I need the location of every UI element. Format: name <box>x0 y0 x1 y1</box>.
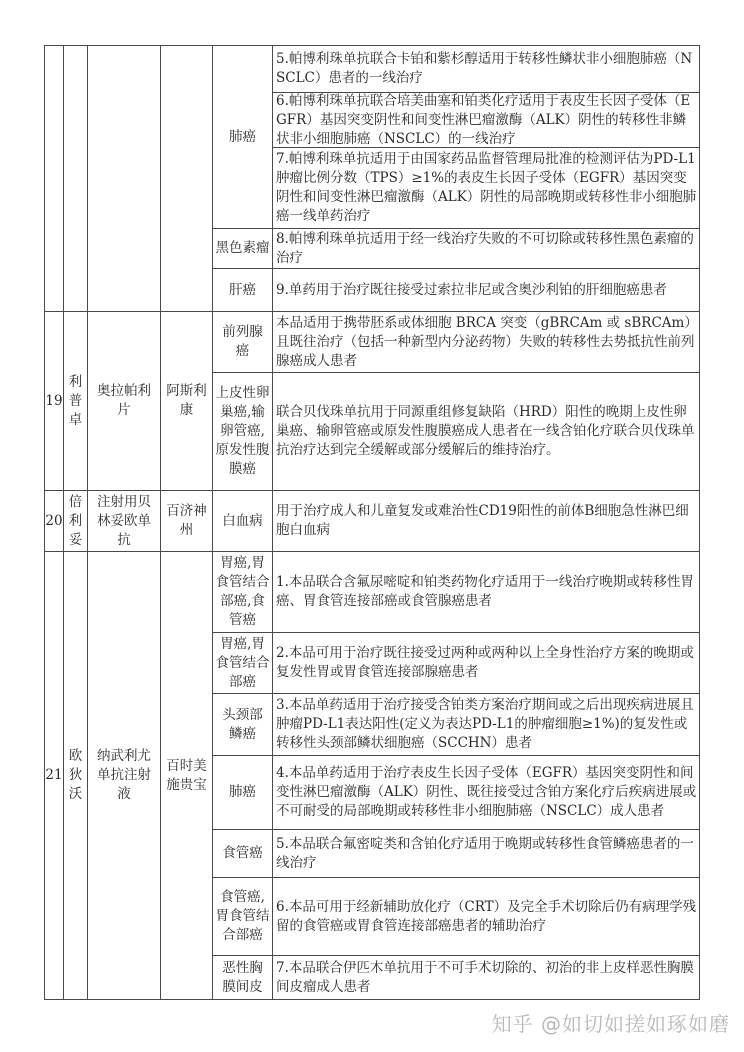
document-page: 肺癌 5.帕博利珠单抗联合卡铂和紫杉醇适用于转移性鳞状非小细胞肺癌（NSCLC）… <box>0 0 744 1052</box>
cell-no: 20 <box>44 490 64 552</box>
cell-indication: 本品适用于携带胚系或体细胞 BRCA 突变（gBRCAm 或 sBRCAm）且既… <box>272 311 700 373</box>
cell-disease: 胃癌,胃食管结合部癌 <box>212 632 273 694</box>
cell-disease: 头颈部鳞癌 <box>212 693 273 756</box>
cell-company: 百时美施贵宝 <box>160 551 213 1000</box>
cell-no: 19 <box>44 311 64 491</box>
cell-generic: 奥拉帕利片 <box>87 311 161 491</box>
cell-indication: 联合贝伐珠单抗用于同源重组修复缺陷（HRD）阳性的晚期上皮性卵巢癌、输卵管癌或原… <box>272 372 700 491</box>
cell-indication: 5.帕博利珠单抗联合卡铂和紫杉醇适用于转移性鳞状非小细胞肺癌（NSCLC）患者的… <box>272 45 700 93</box>
cell-indication: 6.本品可用于经新辅助放化疗（CRT）及完全手术切除后仍有病理学残留的食管癌或胃… <box>272 877 700 956</box>
cell-brand: 倍利妥 <box>63 490 88 552</box>
cell-indication: 7.帕博利珠单抗适用于由国家药品监督管理局批准的检测评估为PD-L1 肿瘤比例分… <box>272 147 700 229</box>
cell-disease: 肺癌 <box>212 755 273 830</box>
cell-indication: 1.本品联合含氟尿嘧啶和铂类药物化疗适用于一线治疗晚期或转移性胃癌、胃食管连接部… <box>272 551 700 633</box>
cell-indication: 7.本品联合伊匹木单抗用于不可手术切除的、初治的非上皮样恶性胸膜间皮瘤成人患者 <box>272 955 700 1000</box>
cell-disease: 食管癌,胃食管结合部癌 <box>212 877 273 956</box>
cell-indication: 8.帕博利珠单抗适用于经一线治疗失败的不可切除或转移性黑色素瘤的治疗 <box>272 228 700 269</box>
cell-no: 21 <box>44 551 64 1000</box>
cell-indication: 2.本品可用于治疗既往接受过两种或两种以上全身性治疗方案的晚期或复发性胃或胃食管… <box>272 632 700 694</box>
cell-brand <box>63 45 88 312</box>
cell-indication: 用于治疗成人和儿童复发或难治性CD19阳性的前体B细胞急性淋巴细胞白血病 <box>272 490 700 552</box>
cell-indication: 9.单药用于治疗既往接受过索拉非尼或含奥沙利铂的肝细胞癌患者 <box>272 268 700 312</box>
cell-disease: 黑色素瘤 <box>212 228 273 269</box>
watermark: 知乎 @如切如搓如琢如磨 <box>492 1008 730 1037</box>
cell-indication: 4.本品单药适用于治疗表皮生长因子受体（EGFR）基因突变阴性和间变性淋巴瘤激酶… <box>272 755 700 830</box>
cell-disease: 食管癌 <box>212 829 273 878</box>
cell-no <box>44 45 64 312</box>
cell-generic: 纳武利尤单抗注射液 <box>87 551 161 1000</box>
cell-generic: 注射用贝林妥欧单抗 <box>87 490 161 552</box>
cell-disease: 肺癌 <box>212 45 273 229</box>
cell-indication: 3.本品单药适用于治疗接受含铂类方案治疗期间或之后出现疾病进展且肿瘤PD-L1表… <box>272 693 700 756</box>
cell-disease: 恶性胸膜间皮 <box>212 955 273 1000</box>
cell-company <box>160 45 213 312</box>
cell-disease: 上皮性卵巢癌,输卵管癌,原发性腹膜癌 <box>212 372 273 491</box>
cell-brand: 利普卓 <box>63 311 88 491</box>
cell-generic <box>87 45 161 312</box>
cell-indication: 5.本品联合氟密啶类和含铂化疗适用于晚期或转移性食管鳞癌患者的一线治疗 <box>272 829 700 878</box>
cell-indication: 6.帕博利珠单抗联合培美曲塞和铂类化疗适用于表皮生长因子受体（EGFR）基因突变… <box>272 92 700 148</box>
cell-disease: 胃癌,胃食管结合部癌,食管癌 <box>212 551 273 633</box>
cell-disease: 前列腺癌 <box>212 311 273 373</box>
cell-brand: 欧狄沃 <box>63 551 88 1000</box>
cell-company: 阿斯利康 <box>160 311 213 491</box>
cell-disease: 肝癌 <box>212 268 273 312</box>
cell-disease: 白血病 <box>212 490 273 552</box>
cell-company: 百济神州 <box>160 490 213 552</box>
